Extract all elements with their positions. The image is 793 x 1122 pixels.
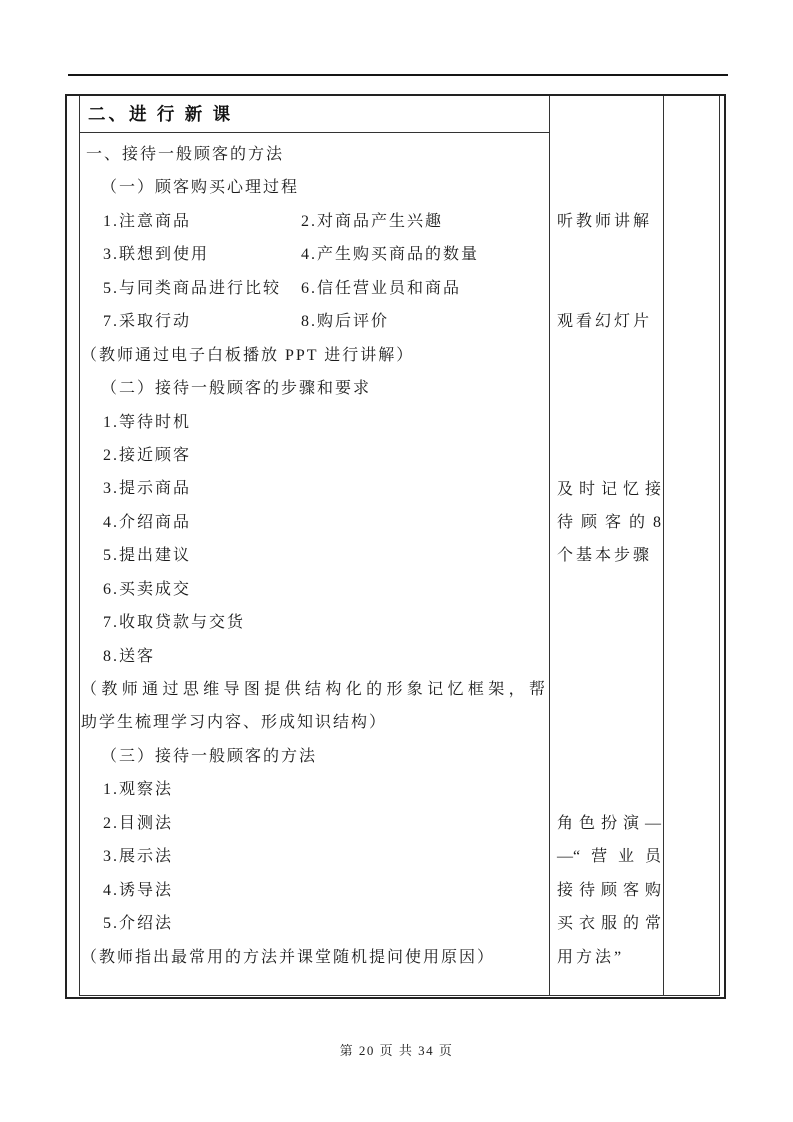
note-line: 用方法” (557, 941, 661, 974)
content-line: 1.注意商品2.对商品产生兴趣 (81, 205, 547, 238)
pair-item-left: 7.采取行动 (103, 305, 301, 338)
content-line: 8.送客 (81, 640, 547, 673)
note-line: 及时记忆接 (557, 473, 661, 506)
page-footer: 第 20 页 共 34 页 (0, 1040, 793, 1059)
content-line: 助学生梳理学习内容、形成知识结构） (81, 706, 547, 739)
content-line: 3.提示商品 (81, 472, 547, 505)
content-line: 一、接待一般顾客的方法 (81, 138, 547, 171)
pair-item-right: 8.购后评价 (301, 313, 389, 330)
pair-item-left: 3.联想到使用 (103, 238, 301, 271)
document-page: 二、进 行 新 课 一、接待一般顾客的方法（一）顾客购买心理过程1.注意商品2.… (0, 0, 793, 1122)
content-line: （教师指出最常用的方法并课堂随机提问使用原因） (81, 941, 547, 974)
content-line: 3.展示法 (81, 840, 547, 873)
table-border-bottom-inner (79, 995, 720, 996)
content-line: 5.介绍法 (81, 907, 547, 940)
note-line: 个基本步骤 (557, 539, 661, 572)
content-line: 5.与同类商品进行比较6.信任营业员和商品 (81, 272, 547, 305)
pair-item-right: 2.对商品产生兴趣 (301, 213, 443, 230)
note-line: 买衣服的常 (557, 907, 661, 940)
pair-item-left: 1.注意商品 (103, 205, 301, 238)
pair-item-right: 4.产生购买商品的数量 (301, 246, 479, 263)
section-header-text: 二、进 行 新 课 (88, 104, 233, 124)
note-line: 角色扮演— (557, 807, 661, 840)
content-line: 4.介绍商品 (81, 506, 547, 539)
note-line: 待顾客的8 (557, 506, 661, 539)
content-line: 7.收取贷款与交货 (81, 606, 547, 639)
lesson-plan-table: 二、进 行 新 课 一、接待一般顾客的方法（一）顾客购买心理过程1.注意商品2.… (65, 94, 726, 999)
student-activity-note: 及时记忆接待顾客的8个基本步骤 (557, 473, 661, 573)
note-line: 观看幻灯片 (557, 305, 661, 338)
content-line: 2.接近顾客 (81, 439, 547, 472)
content-line: （教师通过思维导图提供结构化的形象记忆框架，帮 (81, 673, 547, 706)
note-line: —“营业员 (557, 840, 661, 873)
content-line: 5.提出建议 (81, 539, 547, 572)
teaching-content-column: 一、接待一般顾客的方法（一）顾客购买心理过程1.注意商品2.对商品产生兴趣3.联… (81, 132, 547, 974)
pair-item-right: 6.信任营业员和商品 (301, 280, 461, 297)
note-line: 听教师讲解 (557, 205, 661, 238)
section-header-cell: 二、进 行 新 课 (79, 96, 558, 132)
content-line: 4.诱导法 (81, 874, 547, 907)
pair-item-left: 5.与同类商品进行比较 (103, 272, 301, 305)
content-line: 1.等待时机 (81, 406, 547, 439)
content-line: （教师通过电子白板播放 PPT 进行讲解） (81, 339, 547, 372)
student-activity-note: 角色扮演——“营业员接待顾客购买衣服的常用方法” (557, 807, 661, 974)
student-activity-note: 听教师讲解 (557, 205, 661, 238)
table-border-left-gutter (79, 96, 80, 995)
content-line: （一）顾客购买心理过程 (81, 171, 547, 204)
student-activity-column: 听教师讲解观看幻灯片及时记忆接待顾客的8个基本步骤角色扮演——“营业员接待顾客购… (550, 96, 663, 995)
content-line: （三）接待一般顾客的方法 (81, 740, 547, 773)
note-line: 接待顾客购 (557, 874, 661, 907)
content-line: （二）接待一般顾客的步骤和要求 (81, 372, 547, 405)
student-activity-note: 观看幻灯片 (557, 305, 661, 338)
content-line: 7.采取行动8.购后评价 (81, 305, 547, 338)
table-border-col2-right (663, 96, 664, 995)
content-line: 3.联想到使用4.产生购买商品的数量 (81, 238, 547, 271)
table-border-col3-right (719, 96, 720, 995)
page-header-rule (68, 74, 728, 76)
content-line: 1.观察法 (81, 773, 547, 806)
content-line: 6.买卖成交 (81, 573, 547, 606)
content-line: 2.目测法 (81, 807, 547, 840)
